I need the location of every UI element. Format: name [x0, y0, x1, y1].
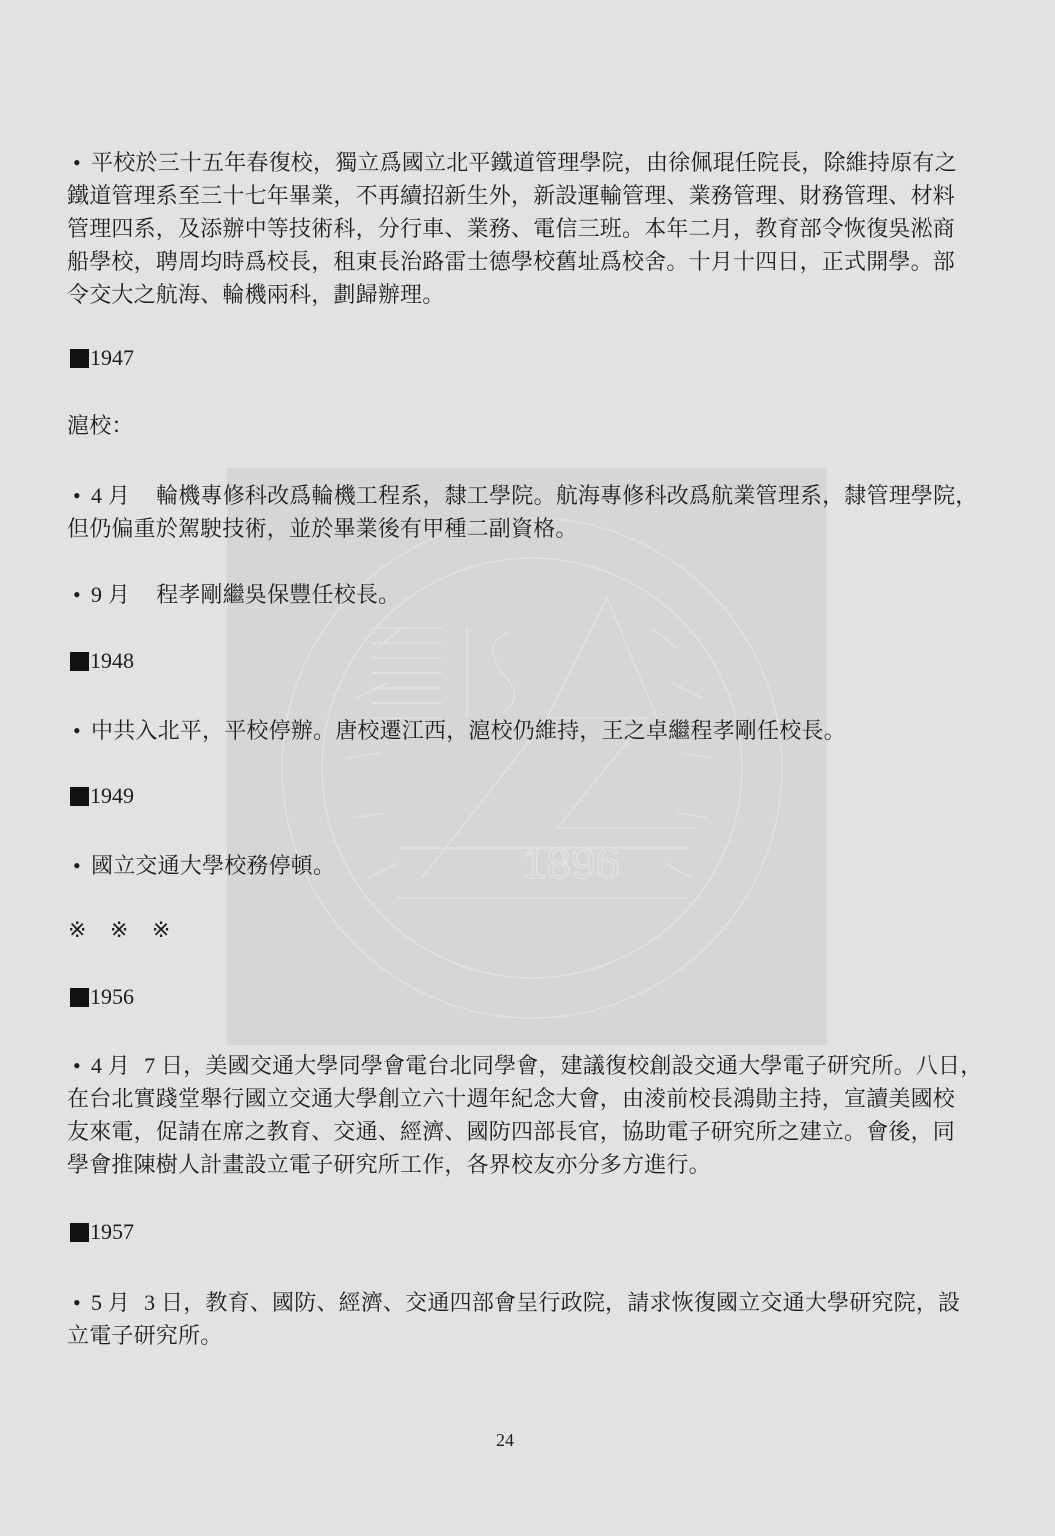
paragraph-line: 令交大之航海、輪機兩科，劃歸辦理。: [67, 278, 957, 311]
paragraph-line: •平校於三十五年春復校，獨立爲國立北平鐵道管理學院，由徐佩琨任院長，除維持原有之: [67, 146, 957, 179]
bullet-icon: •: [67, 1049, 87, 1082]
entry-1957-may: •5 月3 日，教育、國防、經濟、交通四部會呈行政院，請求恢復國立交通大學研究院…: [67, 1286, 957, 1352]
paragraph-line: 鐵道管理系至三十七年畢業，不再續招新生外，新設運輸管理、業務管理、財務管理、材料: [67, 179, 957, 212]
entry-month: 9 月: [91, 582, 130, 607]
square-bullet-icon: [70, 787, 89, 806]
paragraph-line: 管理四系，及添辦中等技術科，分行車、業務、電信三班。本年二月，教育部令恢復吳淞商: [67, 212, 957, 245]
entry-day: 7 日，: [144, 1053, 205, 1078]
subheading-shanghai-campus: 滬校：: [67, 409, 957, 442]
bullet-icon: •: [67, 849, 87, 882]
entry-day: 3 日，: [144, 1290, 205, 1315]
page-number: 24: [0, 1428, 1010, 1452]
document-page: •平校於三十五年春復校，獨立爲國立北平鐵道管理學院，由徐佩琨任院長，除維持原有之…: [0, 0, 1055, 1536]
entry-1956-april: •4 月7 日，美國交通大學同學會電台北同學會，建議復校創設交通大學電子研究所。…: [67, 1049, 957, 1181]
square-bullet-icon: [70, 652, 89, 671]
bullet-icon: •: [67, 479, 87, 512]
entry-1949: •國立交通大學校務停頓。: [67, 849, 957, 882]
entry-1948: •中共入北平，平校停辦。唐校遷江西，滬校仍維持，王之卓繼程孝剛任校長。: [67, 714, 957, 747]
year-heading-1949: 1949: [70, 781, 134, 811]
year-heading-1957: 1957: [70, 1217, 134, 1247]
bullet-icon: •: [67, 578, 87, 611]
square-bullet-icon: [70, 988, 89, 1007]
square-bullet-icon: [70, 349, 89, 368]
section-separator: ※ ※ ※: [68, 915, 170, 945]
bullet-icon: •: [67, 714, 87, 747]
bullet-icon: •: [67, 1286, 87, 1319]
bullet-icon: •: [67, 146, 87, 179]
paragraph-line: 船學校，聘周均時爲校長，租東長治路雷士德學校舊址爲校舍。十月十四日，正式開學。部: [67, 245, 957, 278]
entry-month: 4 月: [91, 483, 130, 508]
square-bullet-icon: [70, 1223, 89, 1242]
year-heading-1956: 1956: [70, 982, 134, 1012]
year-heading-1947: 1947: [70, 343, 134, 373]
year-heading-1948: 1948: [70, 646, 134, 676]
entry-month: 5 月: [91, 1290, 130, 1315]
entry-1947-september: •9 月程孝剛繼吳保豐任校長。: [67, 578, 957, 611]
entry-month: 4 月: [91, 1053, 130, 1078]
entry-1947-april: •4 月輪機專修科改爲輪機工程系，隸工學院。航海專修科改爲航業管理系，隸管理學院…: [67, 479, 957, 545]
intro-paragraph: •平校於三十五年春復校，獨立爲國立北平鐵道管理學院，由徐佩琨任院長，除維持原有之…: [67, 146, 957, 311]
